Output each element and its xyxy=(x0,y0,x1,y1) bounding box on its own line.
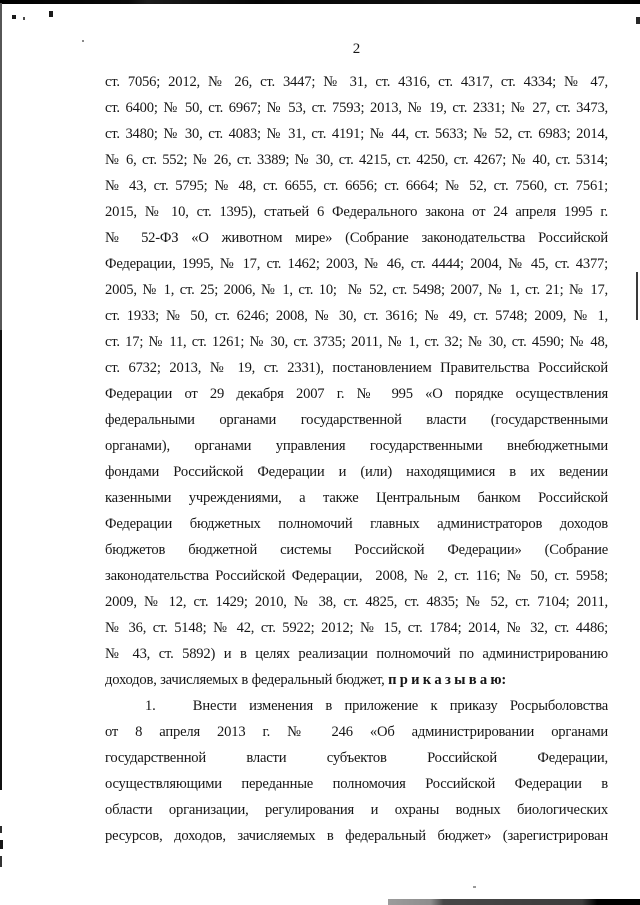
text-segment: ст. 7056; 2012, № 26, ст. 3447; № 31, ст… xyxy=(105,74,608,90)
scan-artifact-top-edge xyxy=(0,0,640,4)
text-segment: ст. 1933; № 50, ст. 6246; 2008, № 30, ст… xyxy=(105,308,608,324)
text-segment: Федерации бюджетных полномочий главных а… xyxy=(105,516,608,532)
text-segment: № 36, ст. 5148; № 42, ст. 5922; 2012; № … xyxy=(105,620,608,636)
text-line: ст. 17; № 11, ст. 1261; № 30, ст. 3735; … xyxy=(105,329,608,355)
text-segment: № 52-ФЗ «О животном мире» (Собрание зако… xyxy=(105,230,608,246)
scan-artifact-right-edge-tick xyxy=(636,17,640,24)
text-segment: ресурсов, доходов, зачисляемых в федерал… xyxy=(105,828,608,844)
scan-speck xyxy=(49,11,53,17)
text-segment: законодательства Российской Федерации, 2… xyxy=(105,568,608,584)
text-segment: ст. 6732; 2013, № 19, ст. 2331), постано… xyxy=(105,360,608,376)
text-line: доходов, зачисляемых в федеральный бюдже… xyxy=(105,667,608,693)
text-line: казенными учреждениями, а также Централь… xyxy=(105,485,608,511)
text-segment: области организации, регулирования и охр… xyxy=(105,802,608,818)
text-segment: 1. Внести изменения в приложение к прика… xyxy=(145,698,608,714)
text-line: фондами Российской Федерации и (или) нах… xyxy=(105,459,608,485)
text-segment: № 43, ст. 5795; № 48, ст. 6655, ст. 6656… xyxy=(105,178,608,194)
text-segment: доходов, зачисляемых в федеральный бюдже… xyxy=(105,672,388,688)
text-line: осуществляющими переданные полномочия Ро… xyxy=(105,771,608,797)
text-line: ст. 6400; № 50, ст. 6967; № 53, ст. 7593… xyxy=(105,95,608,121)
page-number: 2 xyxy=(105,41,608,58)
text-segment: № 6, ст. 552; № 26, ст. 3389; № 30, ст. … xyxy=(105,152,608,168)
text-segment: ст. 6400; № 50, ст. 6967; № 53, ст. 7593… xyxy=(105,100,608,116)
text-line: 1. Внести изменения в приложение к прика… xyxy=(105,693,608,719)
text-line: ресурсов, доходов, зачисляемых в федерал… xyxy=(105,823,608,849)
text-segment: 2009, № 12, ст. 1429; 2010, № 38, ст. 48… xyxy=(105,594,608,610)
text-segment: федеральными органами государственной вл… xyxy=(105,412,608,428)
text-line: бюджетов бюджетной системы Российской Фе… xyxy=(105,537,608,563)
text-line: федеральными органами государственной вл… xyxy=(105,407,608,433)
text-line: № 6, ст. 552; № 26, ст. 3389; № 30, ст. … xyxy=(105,147,608,173)
text-segment-bold: п р и к а з ы в а ю: xyxy=(388,672,506,688)
text-line: 2015, № 10, ст. 1395), статьей 6 Федерал… xyxy=(105,199,608,225)
text-line: № 36, ст. 5148; № 42, ст. 5922; 2012; № … xyxy=(105,615,608,641)
text-line: от 8 апреля 2013 г. № 246 «Об администри… xyxy=(105,719,608,745)
text-block: ст. 7056; 2012, № 26, ст. 3447; № 31, ст… xyxy=(105,69,608,849)
text-segment: фондами Российской Федерации и (или) нах… xyxy=(105,464,608,480)
scan-artifact-left-edge-top xyxy=(0,3,2,330)
text-segment: органами), органами управления государст… xyxy=(105,438,608,454)
text-line: 2009, № 12, ст. 1429; 2010, № 38, ст. 48… xyxy=(105,589,608,615)
scan-artifact-left-edge-bottom xyxy=(0,330,2,790)
text-line: Федерации от 29 декабря 2007 г. № 995 «О… xyxy=(105,381,608,407)
text-line: государственной власти субъектов Российс… xyxy=(105,745,608,771)
text-line: Федерации бюджетных полномочий главных а… xyxy=(105,511,608,537)
scan-artifact-left-edge-dash xyxy=(0,826,2,833)
text-segment: государственной власти субъектов Российс… xyxy=(105,750,608,766)
text-line: 2005, № 1, ст. 25; 2006, № 1, ст. 10; № … xyxy=(105,277,608,303)
text-segment: Федерации, 1995, № 17, ст. 1462; 2003, №… xyxy=(105,256,608,272)
text-segment: 2015, № 10, ст. 1395), статьей 6 Федерал… xyxy=(105,204,608,220)
scan-speck xyxy=(12,15,16,19)
scan-artifact-left-edge-dash xyxy=(0,840,3,849)
scan-artifact-right-edge-dash xyxy=(636,272,638,320)
text-segment: 2005, № 1, ст. 25; 2006, № 1, ст. 10; № … xyxy=(105,282,608,298)
text-line: Федерации, 1995, № 17, ст. 1462; 2003, №… xyxy=(105,251,608,277)
text-line: ст. 7056; 2012, № 26, ст. 3447; № 31, ст… xyxy=(105,69,608,95)
text-segment: ст. 17; № 11, ст. 1261; № 30, ст. 3735; … xyxy=(105,334,608,350)
text-line: № 52-ФЗ «О животном мире» (Собрание зако… xyxy=(105,225,608,251)
text-segment: от 8 апреля 2013 г. № 246 «Об администри… xyxy=(105,724,608,740)
scan-speck xyxy=(473,886,476,888)
text-segment: казенными учреждениями, а также Централь… xyxy=(105,490,608,506)
scan-speck xyxy=(23,17,25,20)
text-segment: бюджетов бюджетной системы Российской Фе… xyxy=(105,542,608,558)
text-segment: осуществляющими переданные полномочия Ро… xyxy=(105,776,608,792)
text-segment: ст. 3480; № 30, ст. 4083; № 31, ст. 4191… xyxy=(105,126,608,142)
text-line: области организации, регулирования и охр… xyxy=(105,797,608,823)
text-line: № 43, ст. 5795; № 48, ст. 6655, ст. 6656… xyxy=(105,173,608,199)
scan-artifact-left-edge-dash xyxy=(0,856,2,867)
text-line: ст. 3480; № 30, ст. 4083; № 31, ст. 4191… xyxy=(105,121,608,147)
text-line: ст. 1933; № 50, ст. 6246; 2008, № 30, ст… xyxy=(105,303,608,329)
text-line: органами), органами управления государст… xyxy=(105,433,608,459)
text-line: № 43, ст. 5892) и в целях реализации пол… xyxy=(105,641,608,667)
text-line: законодательства Российской Федерации, 2… xyxy=(105,563,608,589)
text-segment: № 43, ст. 5892) и в целях реализации пол… xyxy=(105,646,608,662)
scan-artifact-bottom-bar xyxy=(388,899,640,905)
text-segment: Федерации от 29 декабря 2007 г. № 995 «О… xyxy=(105,386,608,402)
scan-speck xyxy=(82,40,84,42)
text-line: ст. 6732; 2013, № 19, ст. 2331), постано… xyxy=(105,355,608,381)
